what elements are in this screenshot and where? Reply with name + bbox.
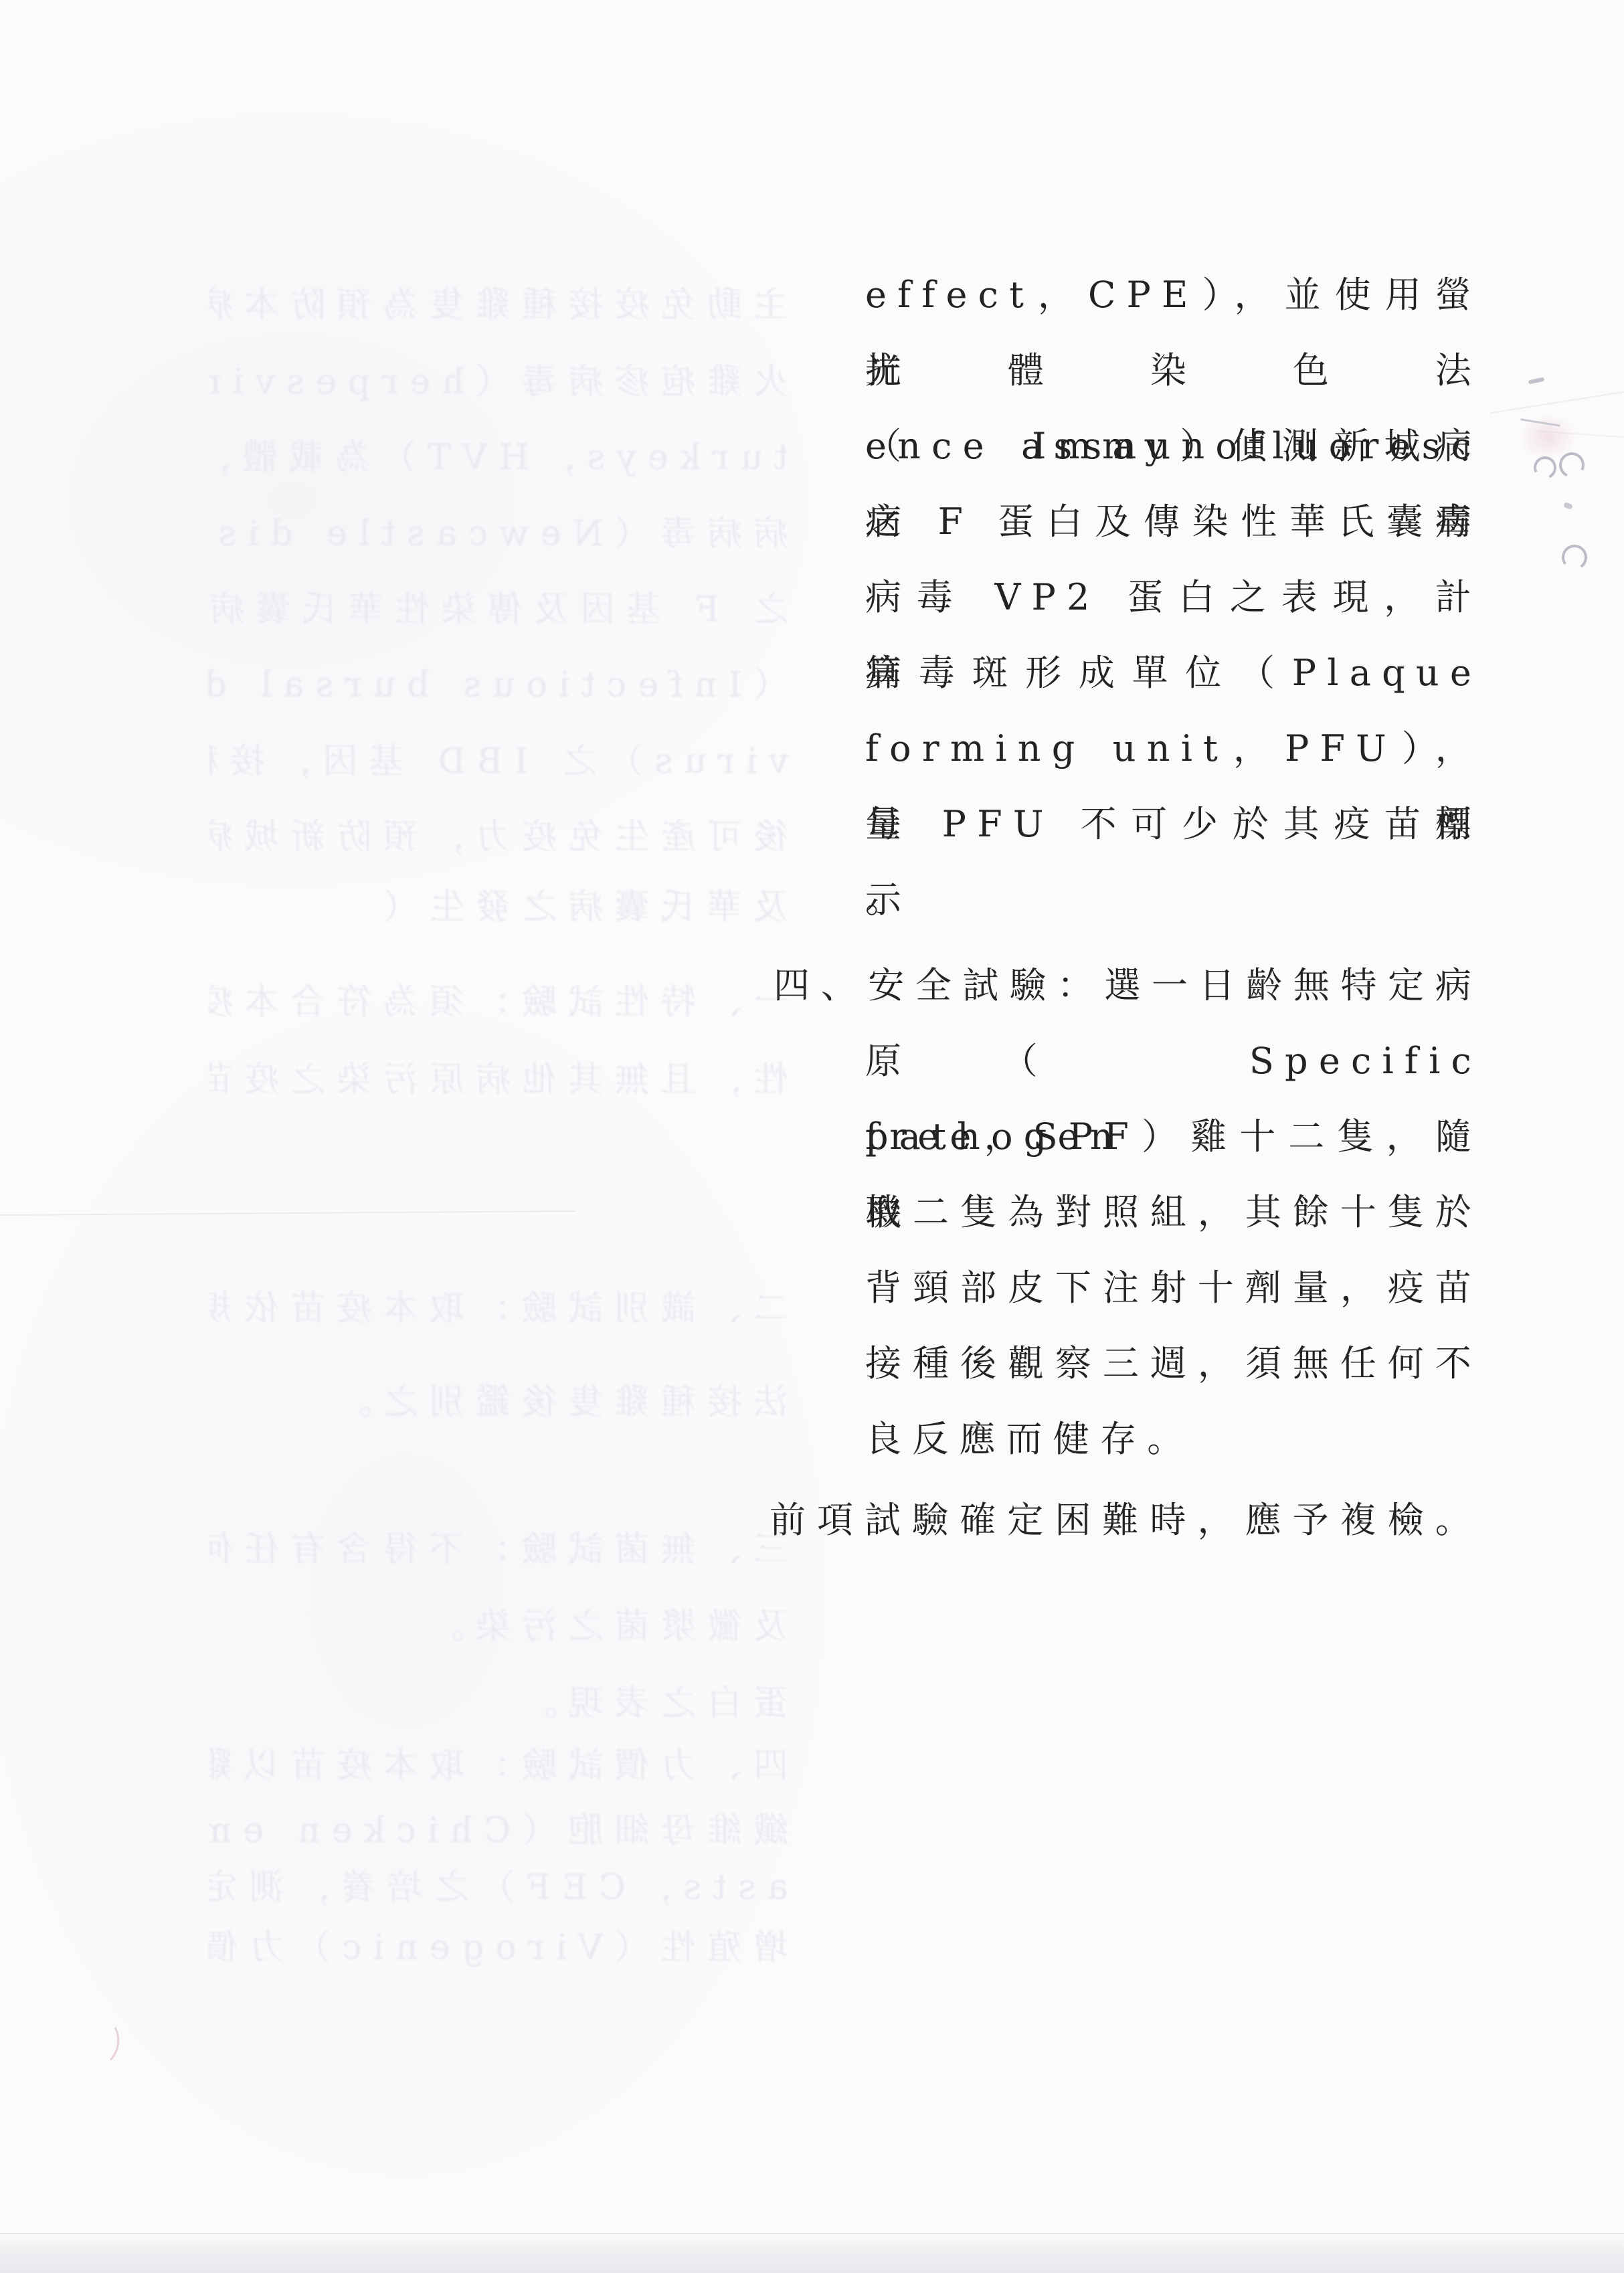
text-line: 前項試驗確定困難時，應予複檢。 (770, 1482, 1482, 1558)
text-line: 原（ Specific pathogen (865, 1023, 1482, 1099)
horizontal-fold-crease (0, 1210, 575, 1216)
bleed-line: 二、識別試驗：取本疫苗依規定方 (209, 1285, 788, 1333)
text-line: 接種後觀察三週，須無任何不 (865, 1326, 1482, 1401)
paragraph-item-4-safety-test: 四、安全試驗：選一日齡無特定病 原（ Specific pathogen fre… (774, 947, 1482, 1477)
bleed-line: virus）之 IBD 基因，接種雞隻 (209, 737, 788, 786)
pen-ring-mark (1560, 543, 1589, 572)
text-line: 抗體染色法（Immunofluoresc (865, 333, 1482, 408)
text-line: free，SPF）雞十二隻，隨機 (865, 1099, 1482, 1174)
text-line: effect，CPE），並使用螢光 (865, 257, 1482, 333)
bleed-line: （Infectious bursal disease (209, 661, 788, 709)
scan-edge-shadow (0, 2234, 1624, 2273)
bleed-line: 性，且無其他病原污染之疫苗 (209, 1056, 788, 1104)
bleed-line: 病病毒（Newcastle disease virus） (209, 510, 788, 558)
bleed-line: 火雞疱疹病毒（herpesvirus of (209, 358, 788, 406)
text-line: 量 PFU 不可少於其疫苗標示 (865, 786, 1482, 862)
paragraph-indent-block: 原（ Specific pathogen free，SPF）雞十二隻，隨機 取二… (865, 1023, 1482, 1477)
text-line: forming unit，PFU），每劑 (865, 711, 1482, 786)
bleed-line: 蛋白之表現。 (209, 1679, 788, 1728)
text-line: 病毒斑形成單位（Plaque (865, 635, 1482, 711)
scanned-document-page: { "document": { "language": "zh-Hant", "… (0, 0, 1624, 2273)
bleed-line: 及黴漿菌之污染。 (209, 1603, 788, 1651)
bleed-line: 後可產生免疫力，預防新城病 (209, 813, 788, 861)
bleed-line: 法接種雞隻後鑑別之。 (209, 1378, 788, 1427)
paragraph-retest-provision: 前項試驗確定困難時，應予複檢。 (770, 1482, 1482, 1558)
corner-crease (1490, 391, 1624, 414)
bleed-line: 主動免疫接種雞隻為預防本病之 (209, 281, 788, 329)
text-line: 良反應而健存。 (865, 1401, 1482, 1477)
text-line: 。 (865, 862, 1482, 937)
text-line: 病毒 VP2 蛋白之表現，計算 (865, 559, 1482, 635)
paragraph-potency-test-continuation: effect，CPE），並使用螢光 抗體染色法（Immunofluoresc e… (865, 257, 1482, 937)
text-line: 四、安全試驗：選一日齡無特定病 (774, 947, 1482, 1023)
bleed-line: 一、特性試驗：須為符合本疫苗特 (209, 978, 788, 1026)
bleed-line: 四、力價試驗：取本疫苗以雞胚胎 (209, 1742, 788, 1790)
bleed-line: asts，CEF）之培養，測定病毒 (209, 1863, 788, 1912)
stray-pen-mark (1528, 377, 1545, 385)
bleed-line: 及華氏囊病之發生（ (209, 883, 788, 931)
bleed-line: 纖維母細胞（Chicken embryo fibrobl (209, 1807, 788, 1855)
bleed-line: 三、無菌試驗：不得含有任何雜菌 (209, 1526, 788, 1574)
text-line: 之 F 蛋白及傳染性華氏囊病 (865, 484, 1482, 559)
text-line: ence assay）偵測新城病病毒 (865, 408, 1482, 484)
faint-arc-mark (83, 2017, 122, 2067)
bleed-line: turkeys，HVT）為載體，表現新城 (209, 434, 788, 482)
text-line: 背頸部皮下注射十劑量，疫苗 (865, 1250, 1482, 1326)
bleed-line: 增殖性（Virogenic）力價試驗（ (209, 1924, 788, 1972)
bleed-line: 之 F 基因及傳染性華氏囊病毒 (209, 585, 788, 634)
stray-pen-mark (1563, 502, 1573, 510)
text-line: 取二隻為對照組，其餘十隻於 (865, 1174, 1482, 1250)
